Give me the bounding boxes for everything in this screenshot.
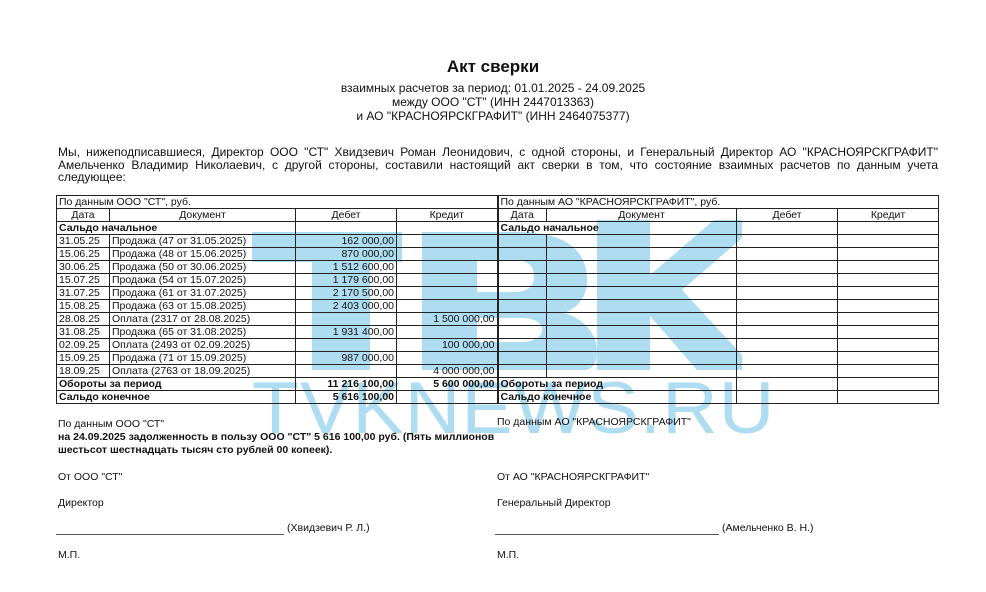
row-credit — [397, 235, 498, 248]
row-credit-right — [838, 313, 939, 326]
col-debit: Дебет — [296, 209, 397, 222]
closing-debit: 5 616 100,00 — [296, 391, 397, 404]
row-date: 28.08.25 — [57, 313, 110, 326]
col-date-right: Дата — [498, 209, 547, 222]
row-date: 31.08.25 — [57, 326, 110, 339]
reconciliation-table: По данным ООО "СТ", руб. По данным АО "К… — [56, 195, 939, 404]
row-debit — [296, 339, 397, 352]
row-debit-right — [737, 300, 838, 313]
row-credit-right — [838, 300, 939, 313]
col-credit: Кредит — [397, 209, 498, 222]
right-signature-line — [495, 534, 719, 535]
closing-label-right: Сальдо конечное — [498, 391, 737, 404]
row-credit-right — [838, 352, 939, 365]
row-date-right — [498, 248, 547, 261]
row-date: 15.07.25 — [57, 274, 110, 287]
table-row: 15.08.25Продажа (63 от 15.08.2025)2 403 … — [57, 300, 939, 313]
row-credit-right — [838, 339, 939, 352]
row-date: 18.09.25 — [57, 365, 110, 378]
row-date-right — [498, 261, 547, 274]
row-date-right — [498, 339, 547, 352]
row-debit-right — [737, 326, 838, 339]
row-credit-right — [838, 248, 939, 261]
right-summary-heading: По данным АО "КРАСНОЯРСКГРАФИТ" — [497, 416, 691, 428]
row-debit-right — [737, 365, 838, 378]
row-date: 31.05.25 — [57, 235, 110, 248]
row-date-right — [498, 235, 547, 248]
table-header-row: Дата Документ Дебет Кредит Дата Документ… — [57, 209, 939, 222]
row-debit-right — [737, 313, 838, 326]
row-document-right — [547, 326, 737, 339]
row-document-right — [547, 300, 737, 313]
row-debit: 162 000,00 — [296, 235, 397, 248]
row-credit — [397, 287, 498, 300]
row-credit — [397, 248, 498, 261]
row-date-right — [498, 326, 547, 339]
row-credit-right — [838, 235, 939, 248]
row-document-right — [547, 274, 737, 287]
table-row: 31.08.25Продажа (65 от 31.08.2025)1 931 … — [57, 326, 939, 339]
row-date: 31.07.25 — [57, 287, 110, 300]
left-summary-line1: на 24.09.2025 задолженность в пользу ООО… — [58, 431, 494, 444]
row-credit: 100 000,00 — [397, 339, 498, 352]
row-document-right — [547, 235, 737, 248]
row-credit-right — [838, 274, 939, 287]
row-debit: 870 000,00 — [296, 248, 397, 261]
right-position: Генеральный Директор — [497, 497, 611, 509]
turnover-label-right: Обороты за период — [498, 378, 737, 391]
row-debit-right — [737, 352, 838, 365]
row-date-right — [498, 365, 547, 378]
row-date-right — [498, 313, 547, 326]
row-document-right — [547, 352, 737, 365]
row-document: Продажа (47 от 31.05.2025) — [110, 235, 296, 248]
col-credit-right: Кредит — [838, 209, 939, 222]
row-date: 15.09.25 — [57, 352, 110, 365]
table-caption-row: По данным ООО "СТ", руб. По данным АО "К… — [57, 196, 939, 209]
table-row: 15.07.25Продажа (54 от 15.07.2025)1 179 … — [57, 274, 939, 287]
left-summary-line2: шестьсот шестнадцать тысяч сто рублей 00… — [58, 444, 494, 457]
left-from: От ООО "СТ" — [58, 471, 122, 483]
period-line: взаимных расчетов за период: 01.01.2025 … — [0, 81, 986, 95]
left-caption: По данным ООО "СТ", руб. — [57, 196, 498, 209]
table-row: 18.09.25Оплата (2763 от 18.09.2025)4 000… — [57, 365, 939, 378]
row-document-right — [547, 339, 737, 352]
col-document-right: Документ — [547, 209, 737, 222]
document-title: Акт сверки — [0, 57, 986, 77]
row-credit — [397, 274, 498, 287]
table-row: 31.07.25Продажа (61 от 31.07.2025)2 170 … — [57, 287, 939, 300]
right-signer-name: (Амельченко В. Н.) — [722, 522, 814, 534]
row-debit-right — [737, 287, 838, 300]
row-debit: 987 000,00 — [296, 352, 397, 365]
party2-line: и АО "КРАСНОЯРСКГРАФИТ" (ИНН 2464075377) — [0, 109, 986, 123]
party1-line: между ООО "СТ" (ИНН 2447013363) — [0, 95, 986, 109]
row-debit: 1 931 400,00 — [296, 326, 397, 339]
row-credit: 1 500 000,00 — [397, 313, 498, 326]
row-debit: 2 170 500,00 — [296, 287, 397, 300]
turnover-row: Обороты за период 11 216 100,00 5 600 00… — [57, 378, 939, 391]
row-document: Продажа (54 от 15.07.2025) — [110, 274, 296, 287]
row-debit: 1 512 600,00 — [296, 261, 397, 274]
opening-balance-row: Сальдо начальное Сальдо начальное — [57, 222, 939, 235]
row-document: Продажа (65 от 31.08.2025) — [110, 326, 296, 339]
row-date: 30.06.25 — [57, 261, 110, 274]
left-signature-line — [56, 534, 284, 535]
col-date: Дата — [57, 209, 110, 222]
row-credit — [397, 326, 498, 339]
row-debit-right — [737, 248, 838, 261]
row-debit-right — [737, 339, 838, 352]
table-row: 15.06.25Продажа (48 от 15.06.2025)870 00… — [57, 248, 939, 261]
row-debit-right — [737, 274, 838, 287]
table-row: 31.05.25Продажа (47 от 31.05.2025)162 00… — [57, 235, 939, 248]
row-debit — [296, 313, 397, 326]
right-from: От АО "КРАСНОЯРСКГРАФИТ" — [497, 471, 649, 483]
row-document: Оплата (2493 от 02.09.2025) — [110, 339, 296, 352]
row-credit-right — [838, 287, 939, 300]
turnover-debit: 11 216 100,00 — [296, 378, 397, 391]
row-credit — [397, 352, 498, 365]
row-debit-right — [737, 261, 838, 274]
row-document: Продажа (61 от 31.07.2025) — [110, 287, 296, 300]
row-credit-right — [838, 261, 939, 274]
row-document-right — [547, 261, 737, 274]
row-date: 15.08.25 — [57, 300, 110, 313]
opening-label-right: Сальдо начальное — [498, 222, 737, 235]
row-document-right — [547, 313, 737, 326]
row-date-right — [498, 352, 547, 365]
opening-label: Сальдо начальное — [57, 222, 296, 235]
table-row: 15.09.25Продажа (71 от 15.09.2025)987 00… — [57, 352, 939, 365]
row-date-right — [498, 287, 547, 300]
closing-label: Сальдо конечное — [57, 391, 296, 404]
turnover-label: Обороты за период — [57, 378, 296, 391]
row-document: Продажа (63 от 15.08.2025) — [110, 300, 296, 313]
right-caption: По данным АО "КРАСНОЯРСКГРАФИТ", руб. — [498, 196, 939, 209]
row-date: 15.06.25 — [57, 248, 110, 261]
left-position: Директор — [58, 497, 104, 509]
row-date: 02.09.25 — [57, 339, 110, 352]
row-credit-right — [838, 365, 939, 378]
left-summary-heading: По данным ООО "СТ" — [58, 418, 164, 430]
row-credit — [397, 261, 498, 274]
row-credit-right — [838, 326, 939, 339]
col-debit-right: Дебет — [737, 209, 838, 222]
row-debit: 1 179 600,00 — [296, 274, 397, 287]
closing-balance-row: Сальдо конечное 5 616 100,00 Сальдо коне… — [57, 391, 939, 404]
row-debit-right — [737, 235, 838, 248]
row-debit — [296, 365, 397, 378]
table-row: 28.08.25Оплата (2317 от 28.08.2025)1 500… — [57, 313, 939, 326]
row-debit: 2 403 000,00 — [296, 300, 397, 313]
row-document: Оплата (2763 от 18.09.2025) — [110, 365, 296, 378]
left-signer-name: (Хвидзевич Р. Л.) — [287, 522, 370, 534]
row-document: Оплата (2317 от 28.08.2025) — [110, 313, 296, 326]
row-document-right — [547, 248, 737, 261]
col-document: Документ — [110, 209, 296, 222]
row-credit — [397, 300, 498, 313]
left-stamp: М.П. — [58, 549, 80, 561]
row-document: Продажа (71 от 15.09.2025) — [110, 352, 296, 365]
turnover-credit: 5 600 000,00 — [397, 378, 498, 391]
table-row: 02.09.25Оплата (2493 от 02.09.2025)100 0… — [57, 339, 939, 352]
row-document-right — [547, 287, 737, 300]
intro-paragraph: Мы, нижеподписавшиеся, Директор ООО "СТ"… — [58, 146, 938, 184]
row-document-right — [547, 365, 737, 378]
row-date-right — [498, 274, 547, 287]
row-date-right — [498, 300, 547, 313]
row-document: Продажа (48 от 15.06.2025) — [110, 248, 296, 261]
row-credit: 4 000 000,00 — [397, 365, 498, 378]
row-document: Продажа (50 от 30.06.2025) — [110, 261, 296, 274]
right-stamp: М.П. — [497, 549, 519, 561]
left-summary-text: на 24.09.2025 задолженность в пользу ООО… — [58, 431, 494, 457]
document-subtitle: взаимных расчетов за период: 01.01.2025 … — [0, 81, 986, 123]
table-row: 30.06.25Продажа (50 от 30.06.2025)1 512 … — [57, 261, 939, 274]
